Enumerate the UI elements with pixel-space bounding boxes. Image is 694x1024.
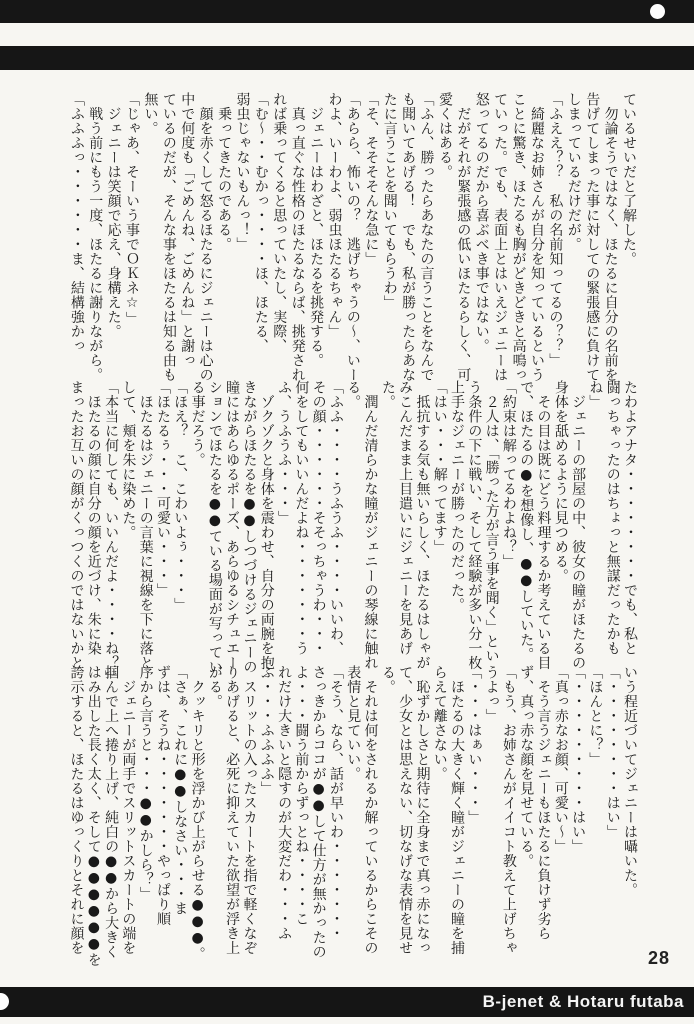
text-column: さっきからココが●●して仕方が無かったの <box>309 665 326 951</box>
text-column: る。 <box>379 665 396 951</box>
text-column: その顔・・・・・・そそっちゃうわ・・・ <box>309 380 326 666</box>
text-column: 潤んだ清らかな瞳がジェニーの琴線に触れ <box>361 380 378 666</box>
text-column: ジェニーが両手でスリットスカートの端を <box>119 665 136 951</box>
text-column: 「・・・・・・・・はい」 <box>603 665 620 951</box>
text-column: 恥ずかしさと期待に全身まで真っ赤になっ <box>413 665 430 951</box>
top-black-bar <box>0 0 694 23</box>
text-column: 「真っ赤なお顔、可愛い～」 <box>552 665 569 951</box>
text-column: ジェニーは笑顔で応え、身構えた。 <box>104 92 122 378</box>
text-column: ね」 <box>586 380 603 666</box>
text-column: よ・・・闘う前からずっとね・・・・こ <box>292 665 309 951</box>
text-column: 瞳にはあらゆるポーズ、あらゆるシチュエー <box>223 380 240 666</box>
text-column: その目は既にどう料理するか考えている目 <box>534 380 551 666</box>
text-column: れだけ大きいと隠すのが大変だわ・・・ふ <box>275 665 292 951</box>
text-column: れば乗ってくると思っていたし、実際、 <box>270 92 288 378</box>
text-column: きながらほたるを●●しつづけるジェニーの <box>240 380 257 666</box>
story-band-3: いう程近づいてジェニーは囁いた。「・・・・・・・・はい」「ほんとに？」「・・・・… <box>67 665 638 951</box>
text-column: うよっ」 <box>482 665 499 951</box>
text-column: 「じゃあ、そーいう事でＯＫネ☆」 <box>123 92 141 378</box>
text-column: 抵抗する気も無いらしく、ほたるはしゃが <box>413 380 430 666</box>
text-column: 「ほんとに？」 <box>586 665 603 951</box>
text-column: 告げてしまった事に対しての緊張感に負けて <box>583 92 601 378</box>
text-column: 「ふん、勝ったらあなたの言うことをなんで <box>417 92 435 378</box>
text-column: 「そ、そそそそんな急に」 <box>362 92 380 378</box>
top-black-bar-2 <box>0 46 694 70</box>
text-column: 中で何度も「ごめんね、ごめんね」と謝っ <box>178 92 196 378</box>
text-column: で、ほたるの●を想像し、●●していた。 <box>517 380 534 666</box>
footer-title: B-jenet & Hotaru futaba <box>483 992 694 1012</box>
text-column: 「はい・・・解ってます」 <box>430 380 447 666</box>
text-column: 顔を赤くして怒るほたるにジェニーは心の <box>196 92 214 378</box>
text-column: いう程近づいてジェニーは囁いた。 <box>621 665 638 951</box>
text-column: 何をしてもいいんだよね・・・・・・・う <box>292 380 309 666</box>
text-column: ほたるはジェニーの言葉に視線を下に落と <box>136 380 153 666</box>
text-column: ずは、そうね・・・・・・・やっぱり順 <box>154 665 171 951</box>
text-column: 「約束は解ってるわよね？」 <box>500 380 517 666</box>
text-column: 序から言うと・・・●●かしら？」 <box>136 665 153 951</box>
text-column: 誇示すると、ほたるはゆっくりとそれに顔を <box>67 665 84 951</box>
text-column: ほたるの大きく輝く瞳がジェニーの瞳を捕 <box>448 665 465 951</box>
text-column: 怒ってるのだから喜ぶべき事ではない。 <box>472 92 490 378</box>
text-column: ほたるの顔に自分の顔を近づけ、朱に染 <box>85 380 102 666</box>
text-column: がる。 <box>206 665 223 951</box>
text-column: 「ほたるぅ・・・可愛い・・・」 <box>154 380 171 666</box>
text-column: た。 <box>379 380 396 666</box>
text-column: 「もう、お姉さんがイイコト教えて上げちゃ <box>500 665 517 951</box>
text-column: まったお互いの顔がくっつくのではないかと <box>67 380 84 666</box>
text-column: る。 <box>344 380 361 666</box>
text-column: 身体を舐めるように見つめる。 <box>552 380 569 666</box>
text-column: しまっているだけだが。 <box>564 92 582 378</box>
text-column: 「む～・・むかっ・・・・ほ、ほたる、 <box>251 92 269 378</box>
text-column: はみ出した長く太く、そして●●●●●●を <box>85 665 102 951</box>
text-column: 勿論そうではなく、ほたるに自分の名前を <box>601 92 619 378</box>
text-column: みこんだまま上目遣いにジェニーを見あげ <box>396 380 413 666</box>
text-column: 無い。 <box>141 92 159 378</box>
text-column: う条件の下に戦い、そして経験が多い分一枚 <box>465 380 482 666</box>
text-column: して、頬を朱に染めた。 <box>119 380 136 666</box>
text-column: ふ、うふうふ・・・」 <box>275 380 292 666</box>
text-column: 表情と見ていい。 <box>344 665 361 951</box>
text-column: ふ・・・ふふふふ」 <box>257 665 274 951</box>
text-column: 「ほえ？ こ、こわいよぅ・・・」 <box>171 380 188 666</box>
text-column: 「そう、なら、話が早いわ・・・・・・・ <box>327 665 344 951</box>
text-column: スリットの入ったスカートを指で軽くなぞ <box>240 665 257 951</box>
text-column: 愛くはある。 <box>436 92 454 378</box>
text-column: ことに驚き、ほたるも胸がどきどきと高鳴っ <box>509 92 527 378</box>
text-column: ションでほたるを●●ている場面が写ってい <box>206 380 223 666</box>
text-column: そう言うジェニーもほたるに負けず劣ら <box>534 665 551 951</box>
text-column: る事だろう。 <box>188 380 205 666</box>
text-column: 戦う前にもう一度、ほたるに謝りながら。 <box>86 92 104 378</box>
text-column: ているせいだと了解した。 <box>620 92 638 378</box>
text-column: たに言うことを聞いてもらうわ」 <box>380 92 398 378</box>
text-column: 「・・・・・・・・・はい」 <box>569 665 586 951</box>
text-column: 「・・・はぁい・・・」 <box>465 665 482 951</box>
text-column: 「さぁ、これに●●しなさい・・・ま <box>171 665 188 951</box>
text-column: 綺麗なお姉さんが自分を知っているという <box>528 92 546 378</box>
punch-hole-left-icon <box>0 993 9 1010</box>
page-number: 28 <box>648 948 670 969</box>
text-column: ず、真っ赤な顔を見せている。 <box>517 665 534 951</box>
text-column: も聞いてあげる！ でも、私が勝ったらあな <box>399 92 417 378</box>
text-column: 掴んで上へ捲り上げ、純白の●●から大きく <box>102 665 119 951</box>
text-column: わよ、いーわよ、弱虫ほたるちゃん」 <box>325 92 343 378</box>
story-band-1: ているせいだと了解した。 勿論そうではなく、ほたるに自分の名前を告げてしまった事… <box>67 92 638 378</box>
text-column: 乗ってきたのである。 <box>215 92 233 378</box>
story-band-2: たわよアナタ・・・・・・・・でも、私と闘っちゃったのはちょっと無謀だったかもね」… <box>67 380 638 666</box>
text-column: ているのだが、そんな事をほたるは知る由も <box>159 92 177 378</box>
scanned-page: ているせいだと了解した。 勿論そうではなく、ほたるに自分の名前を告げてしまった事… <box>0 0 694 1024</box>
text-column: ジェニーはわざと、ほたるを挑発する。 <box>307 92 325 378</box>
text-column: 上手なジェニーが勝ったのだった。 <box>448 380 465 666</box>
text-column: 闘っちゃったのはちょっと無謀だったかも <box>603 380 620 666</box>
footer-bar: B-jenet & Hotaru futaba <box>0 987 694 1017</box>
text-column: 「ふふ・・・・うふうふ・・・・いいわ、 <box>327 380 344 666</box>
text-column: ゾクゾクと身体を震わせ、自分の両腕を抱 <box>257 380 274 666</box>
text-column: ていった。でも、表面上とはいえジェニーは <box>491 92 509 378</box>
text-column: ジェニーの部屋の中、彼女の瞳がほたるの <box>569 380 586 666</box>
text-column: それは何をされるか解っているからこその <box>361 665 378 951</box>
text-column: りあげると、必死に抑えていた欲望が浮き上 <box>223 665 240 951</box>
punch-hole-icon <box>650 4 665 19</box>
text-column: 真っ直ぐな性格のほたるならば、挑発され <box>288 92 306 378</box>
text-column: 弱虫じゃないもんっ！」 <box>233 92 251 378</box>
text-column: 「あらら、怖いの？ 逃げちゃうの～、いー <box>344 92 362 378</box>
text-column: らえて離さない。 <box>430 665 447 951</box>
text-column: て、少女とは思えない、切なげな表情を見せ <box>396 665 413 951</box>
text-column: クッキリと形を浮かび上がらせる●●●。 <box>188 665 205 951</box>
text-column: 「ふええ？？ 私の名前知ってるの？？」 <box>546 92 564 378</box>
text-column: だがそれが緊張感の低いほたるらしく、可 <box>454 92 472 378</box>
text-column: たわよアナタ・・・・・・・・でも、私と <box>621 380 638 666</box>
text-column: ２人は、「勝った方が言う事を聞く」とい <box>482 380 499 666</box>
text-column: 「本当に何しても、いいんだよ・・・・ね？」 <box>102 380 119 666</box>
text-column: 「ふふふっ・・・・・・ま、結構強かっ <box>67 92 85 378</box>
